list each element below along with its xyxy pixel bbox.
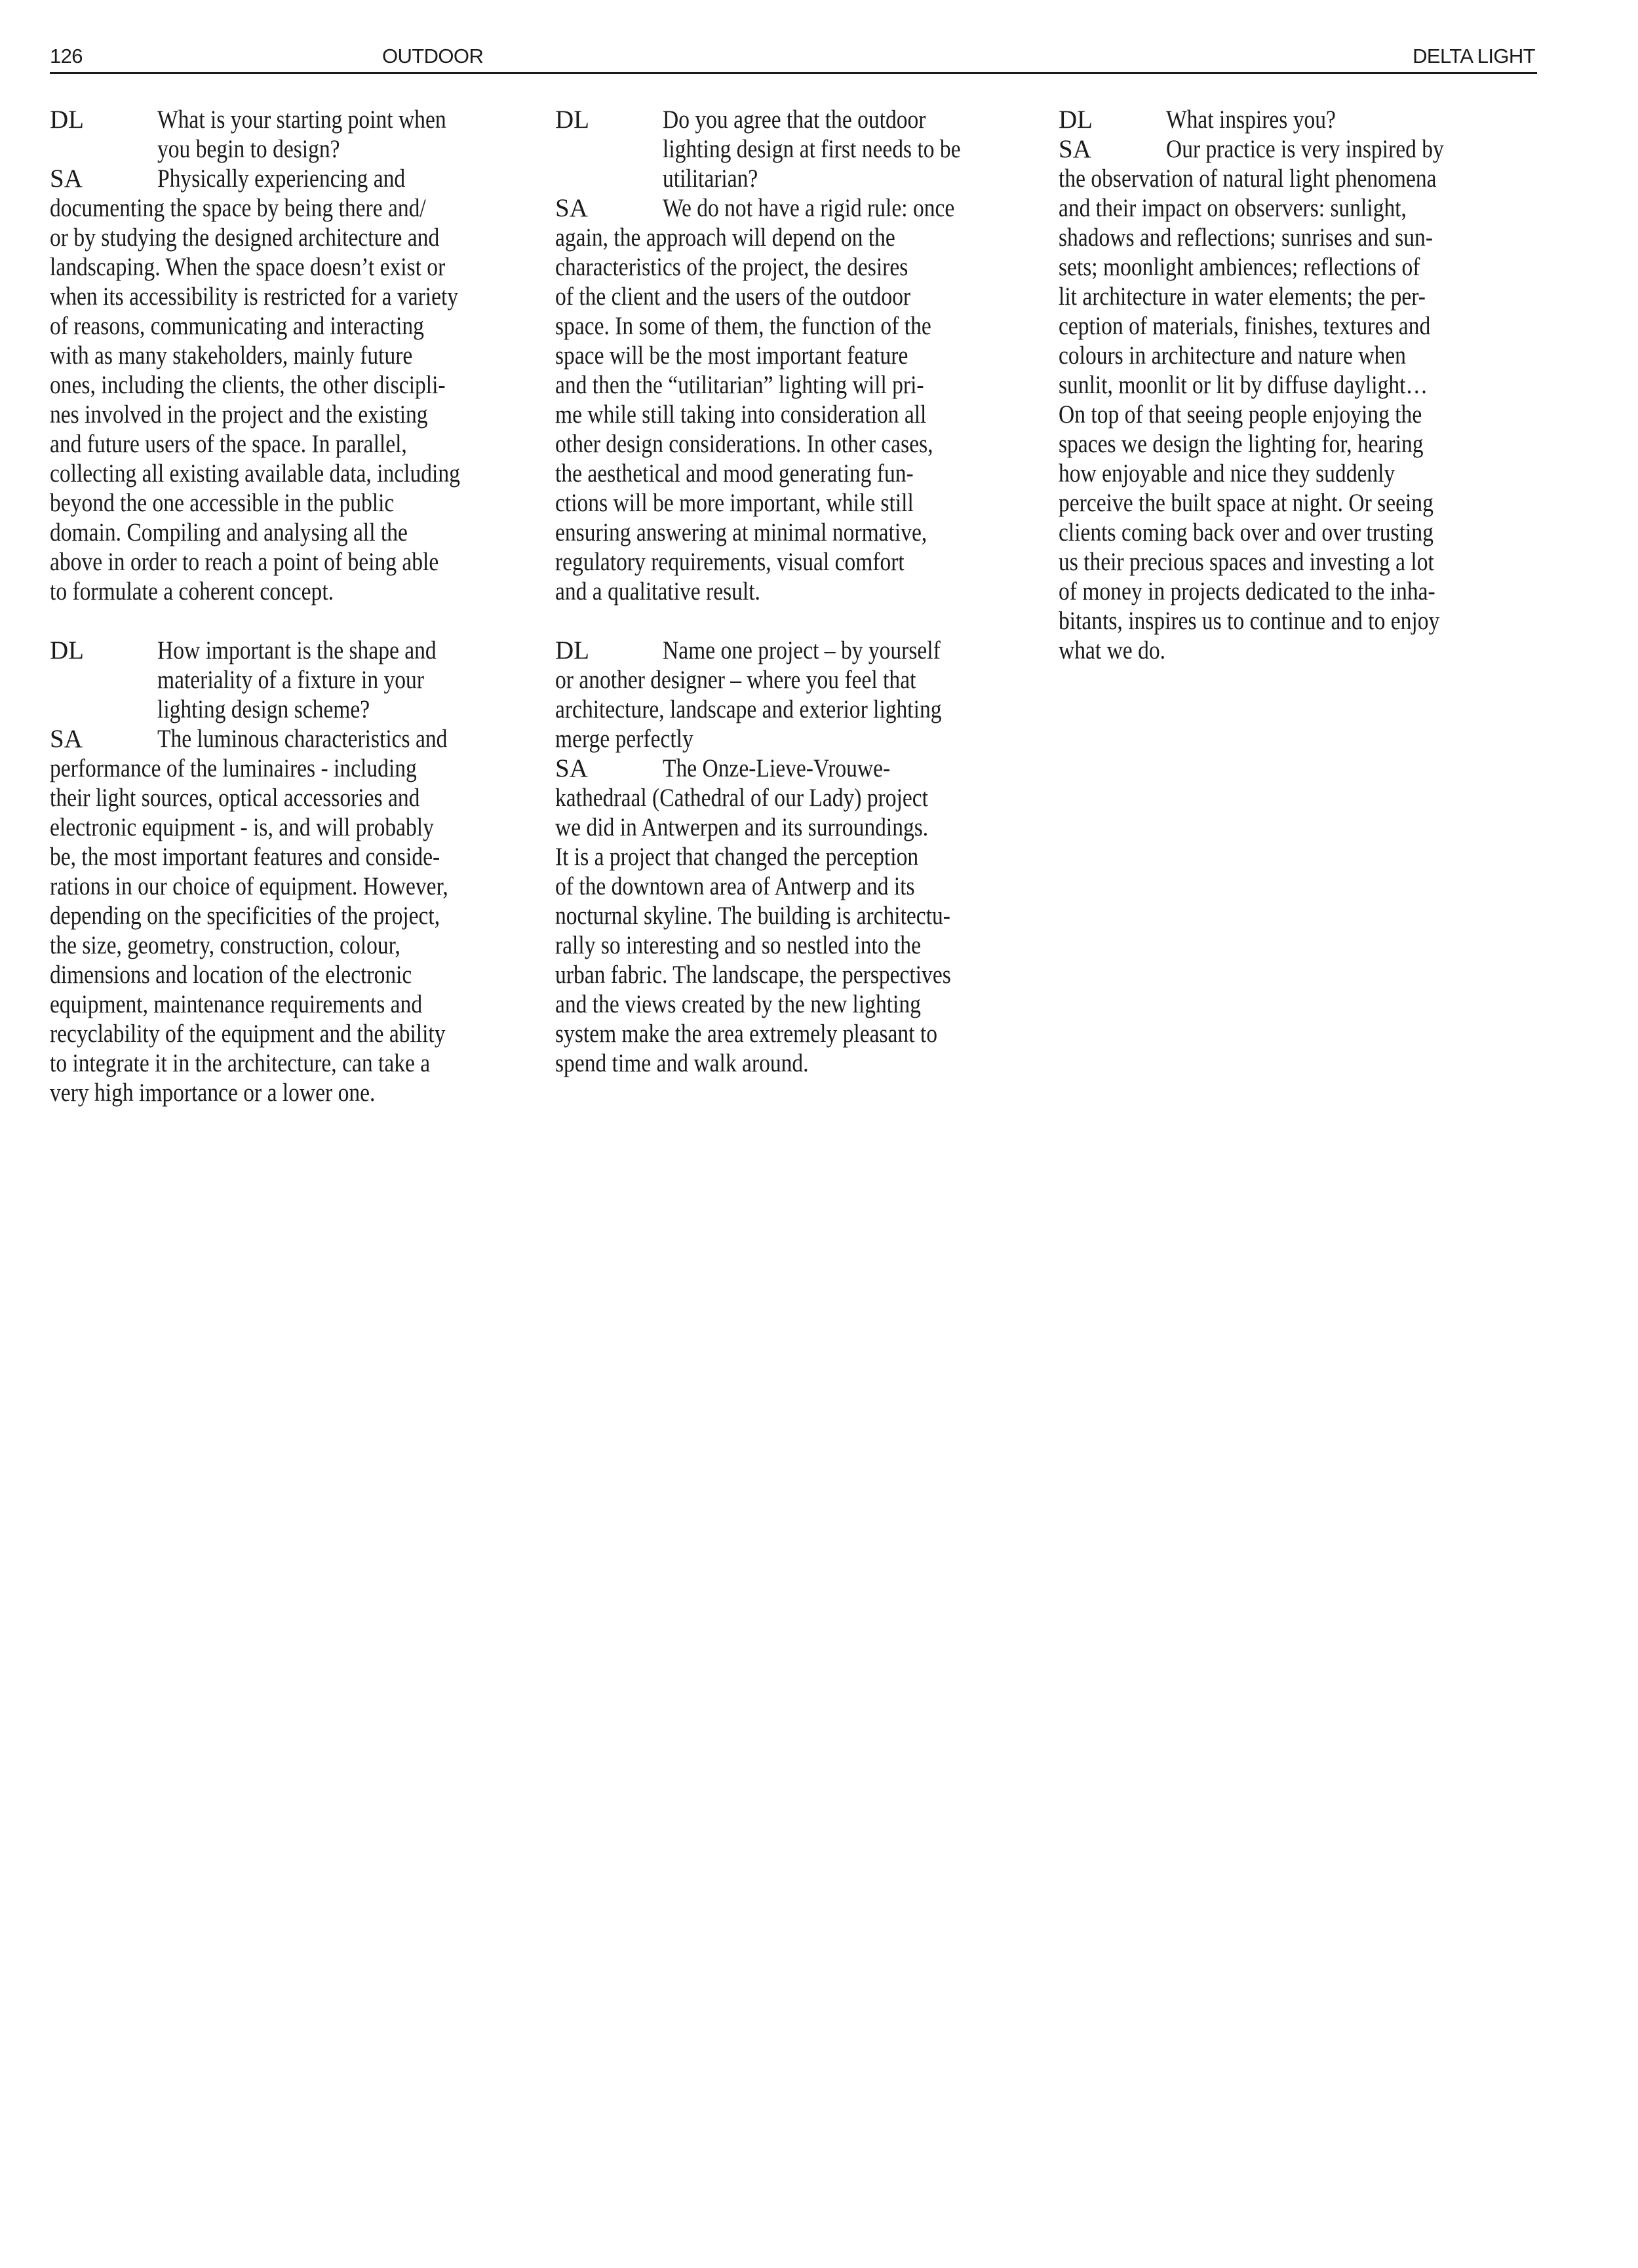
running-header: 126 OUTDOOR DELTA LIGHT xyxy=(0,43,1638,69)
speaker-label: SA xyxy=(555,193,588,223)
speaker-label: SA xyxy=(555,754,588,783)
speaker-label: SA xyxy=(50,724,83,754)
speaker-label: SA xyxy=(50,164,83,193)
page-number: 126 xyxy=(50,43,83,69)
answer: SA We do not have a rigid rule: once xyxy=(555,193,1027,223)
text-column-2: DL Do you agree that the outdoor lightin… xyxy=(555,105,1027,1107)
brand-name: DELTA LIGHT xyxy=(1413,43,1535,69)
qa-block: DL Name one project – by yourself or ano… xyxy=(555,636,1027,1078)
speaker-label: DL xyxy=(555,105,589,134)
answer: SA Physically experiencing and xyxy=(50,164,522,193)
answer: SA Our practice is very inspired by xyxy=(1059,134,1531,164)
speaker-label: DL xyxy=(1059,105,1093,134)
text-column-1: DL What is your starting point when you … xyxy=(50,105,522,1137)
qa-block: DL What inspires you? SA Our practice is… xyxy=(1059,105,1531,665)
qa-block: DL How important is the shape and materi… xyxy=(50,636,522,1107)
question: DL What inspires you? xyxy=(1059,105,1531,134)
question: DL How important is the shape and xyxy=(50,636,522,665)
speaker-label: DL xyxy=(555,636,589,665)
question: DL Do you agree that the outdoor xyxy=(555,105,1027,134)
answer: SA The luminous characteristics and xyxy=(50,724,522,754)
text-column-3: DL What inspires you? SA Our practice is… xyxy=(1059,105,1531,695)
qa-block: DL What is your starting point when you … xyxy=(50,105,522,606)
speaker-label: DL xyxy=(50,636,84,665)
qa-block: DL Do you agree that the outdoor lightin… xyxy=(555,105,1027,606)
speaker-label: SA xyxy=(1059,134,1091,164)
question: DL Name one project – by yourself xyxy=(555,636,1027,665)
section-title: OUTDOOR xyxy=(382,43,483,69)
question: DL What is your starting point when xyxy=(50,105,522,134)
speaker-label: DL xyxy=(50,105,84,134)
header-rule xyxy=(50,72,1537,74)
answer: SA The Onze-Lieve-Vrouwe- xyxy=(555,754,1027,783)
